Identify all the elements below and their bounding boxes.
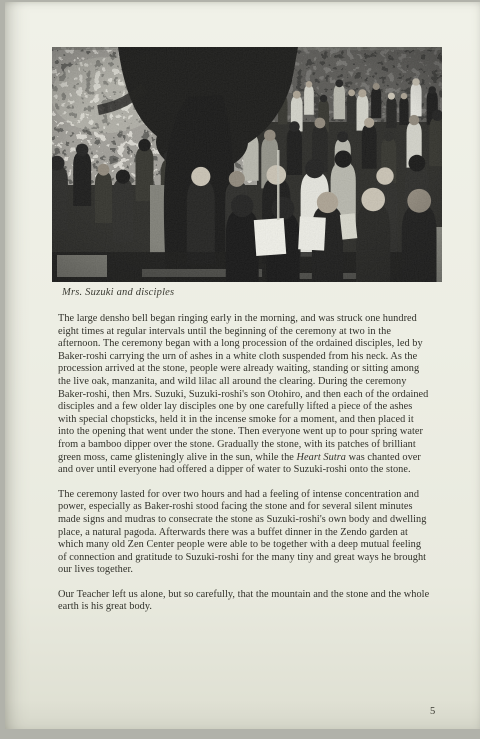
book-page: Mrs. Suzuki and disciples The large dens…: [5, 2, 480, 729]
paragraph-2: The ceremony lasted for over two hours a…: [58, 489, 430, 577]
page-number: 5: [430, 706, 435, 717]
italic-heart-sutra: Heart Sutra: [297, 452, 346, 463]
photo-caption: Mrs. Suzuki and disciples: [62, 287, 174, 298]
paragraph-3: Our Teacher left us alone, but so carefu…: [58, 589, 430, 614]
photo-mrs-suzuki-and-disciples: [52, 47, 442, 282]
body-text: The large densho bell began ringing earl…: [58, 313, 430, 626]
scanned-page-background: Mrs. Suzuki and disciples The large dens…: [0, 0, 480, 739]
paragraph-1: The large densho bell began ringing earl…: [58, 313, 430, 477]
paragraph-1-text: The large densho bell began ringing earl…: [58, 313, 428, 463]
crowd-photo-image: [52, 47, 442, 282]
